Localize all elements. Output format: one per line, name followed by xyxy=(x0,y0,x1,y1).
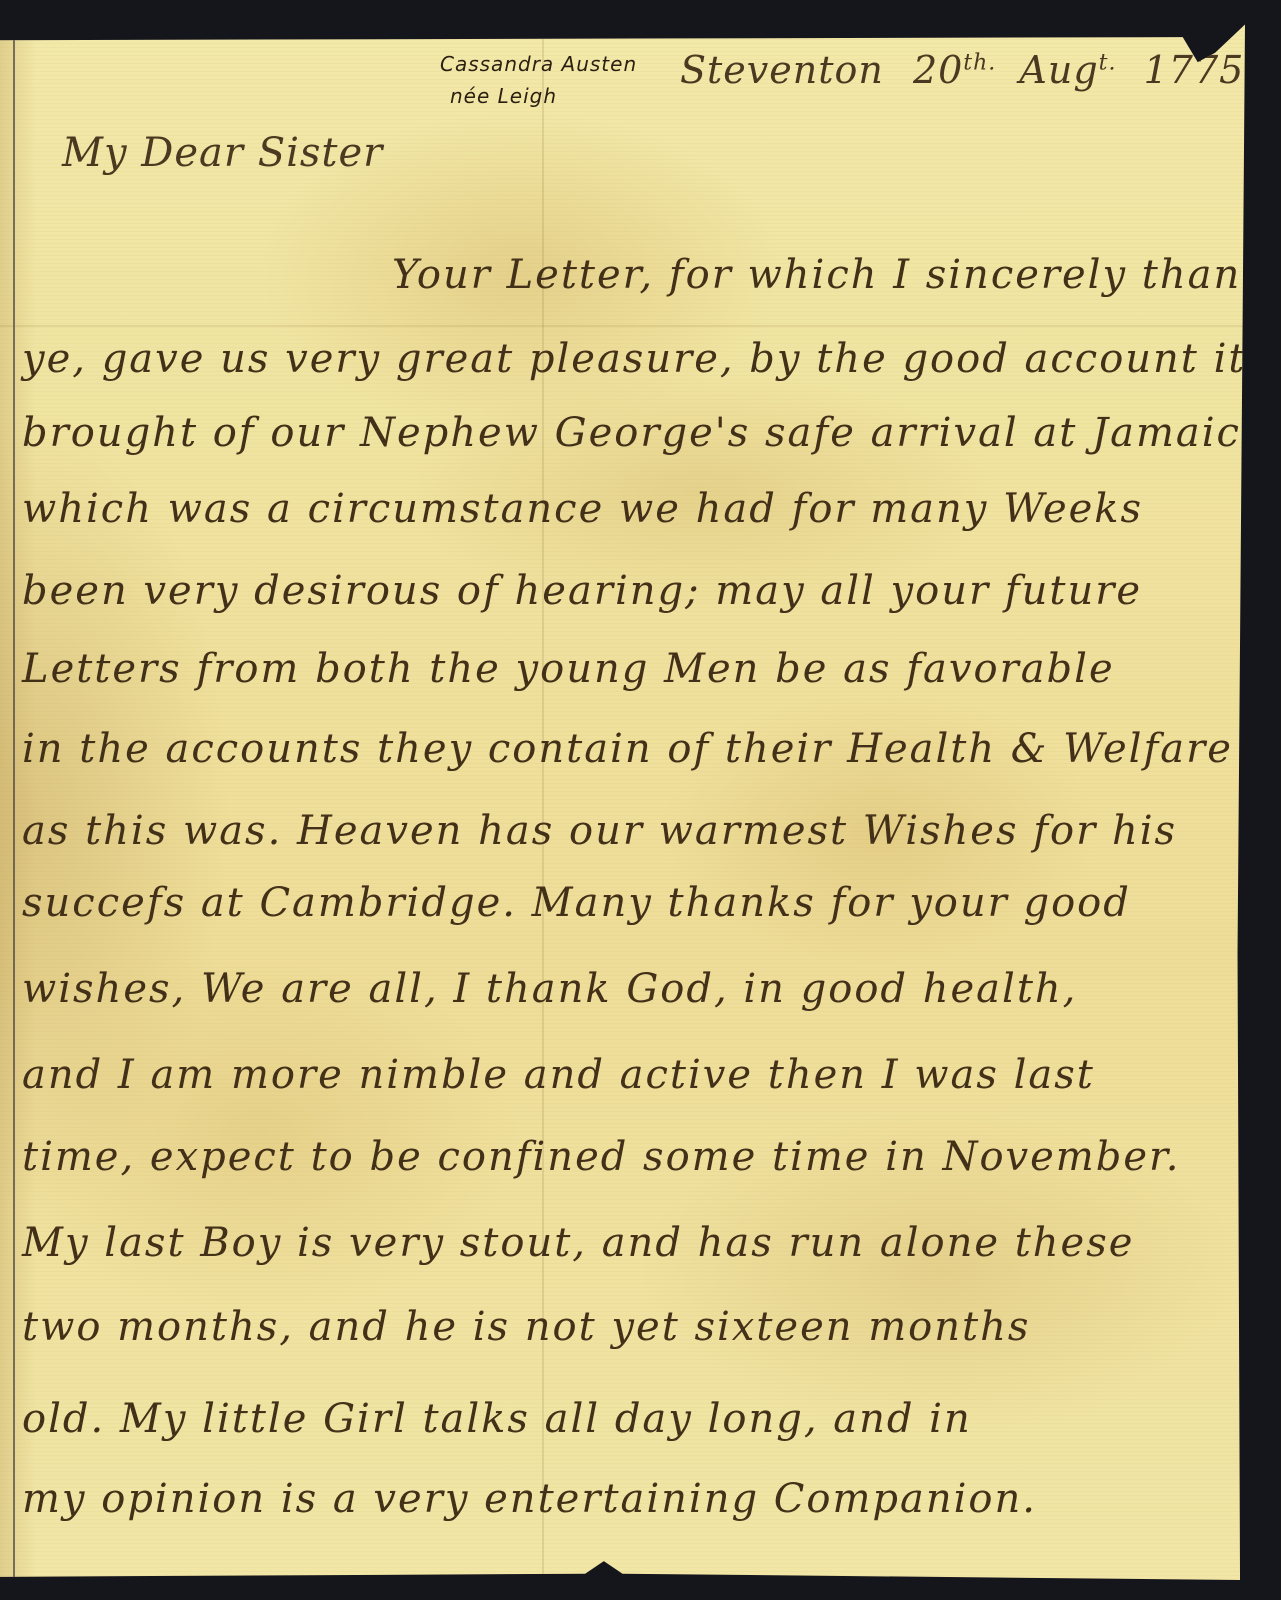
document-scan: Cassandra Austen née Leigh Steventon 20t… xyxy=(0,0,1281,1600)
dateline-year: 1775 xyxy=(1144,48,1245,92)
archival-annotation-maiden-name: née Leigh xyxy=(450,84,557,108)
body-line: My last Boy is very stout, and has run a… xyxy=(22,1220,1134,1266)
body-line: time, expect to be confined some time in… xyxy=(22,1134,1180,1180)
archival-annotation-name: Cassandra Austen xyxy=(440,52,637,76)
dateline-place: Steventon xyxy=(680,48,884,92)
binding-edge-line xyxy=(13,12,15,1580)
body-line: and I am more nimble and active then I w… xyxy=(22,1052,1095,1098)
body-line: which was a circumstance we had for many… xyxy=(22,486,1143,532)
body-line: ye, gave us very great pleasure, by the … xyxy=(22,336,1246,382)
body-line: Your Letter, for which I sincerely thank xyxy=(392,252,1267,298)
body-line: Letters from both the young Men be as fa… xyxy=(22,646,1115,692)
body-line: brought of our Nephew George's safe arri… xyxy=(22,410,1281,456)
body-line: as this was. Heaven has our warmest Wish… xyxy=(22,808,1177,854)
letter-page: Cassandra Austen née Leigh Steventon 20t… xyxy=(0,12,1245,1580)
dateline-day-suffix: th. xyxy=(963,50,996,75)
horizontal-fold-crease xyxy=(0,325,1245,327)
body-line: succefs at Cambridge. Many thanks for yo… xyxy=(22,880,1131,926)
body-line: been very desirous of hearing; may all y… xyxy=(22,568,1142,614)
salutation: My Dear Sister xyxy=(62,130,383,176)
dateline-day: 20 xyxy=(913,48,963,92)
dateline-month-suffix: t. xyxy=(1099,50,1117,75)
body-line: wishes, We are all, I thank God, in good… xyxy=(22,966,1077,1012)
body-line: in the accounts they contain of their He… xyxy=(22,726,1233,772)
dateline: Steventon 20th. Augt. 1775 xyxy=(680,48,1244,92)
body-line: my opinion is a very entertaining Compan… xyxy=(22,1476,1037,1522)
body-line: old. My little Girl talks all day long, … xyxy=(22,1396,972,1442)
body-line: two months, and he is not yet sixteen mo… xyxy=(22,1304,1030,1350)
dateline-month: Aug xyxy=(1019,48,1098,92)
